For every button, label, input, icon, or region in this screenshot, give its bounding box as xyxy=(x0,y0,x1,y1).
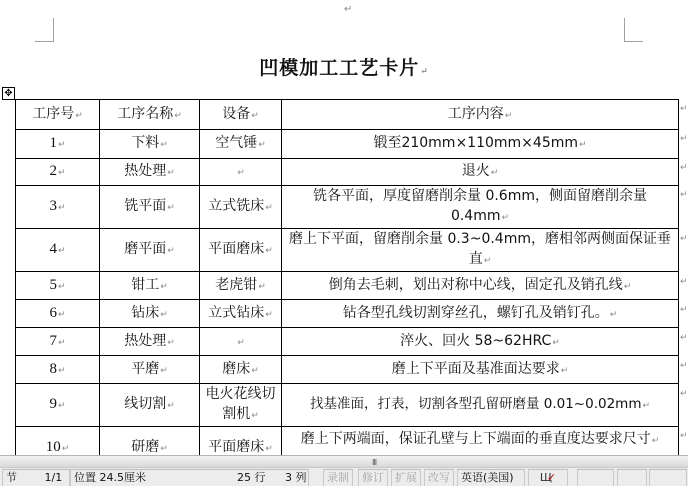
status-empty-panel xyxy=(577,469,614,486)
spellcheck-icon: Щ✓ xyxy=(540,471,556,484)
cell-name[interactable]: 下料↵ xyxy=(100,130,200,159)
table-row: 10↵ 研磨↵ 平面磨床↵ 磨上下两端面，保证孔壁与上下端面的垂直度达要求尺寸↵ xyxy=(16,427,679,456)
table-row: 9↵ 线切割↵ 电火花线切割机↵ 找基准面，打表，切割各型孔留研磨量 0.01~… xyxy=(16,384,679,427)
table-row: 5↵ 钳工↵ 老虎钳↵ 倒角去毛刺，划出对称中心线，固定孔及销孔线↵ xyxy=(16,272,679,300)
paragraph-mark-icon: ↵ xyxy=(344,4,352,15)
cell-equipment[interactable]: ↵ xyxy=(200,159,282,186)
scroll-thumb-grip-icon[interactable]: III xyxy=(372,458,376,467)
cell-no[interactable]: 7↵ xyxy=(16,328,100,356)
cell-name[interactable]: 平磨↵ xyxy=(100,356,200,384)
status-record-button[interactable]: 录制 xyxy=(323,469,353,486)
table-row: 2↵ 热处理↵ ↵ 退火↵ xyxy=(16,159,679,186)
cell-name[interactable]: 磨平面↵ xyxy=(100,229,200,272)
row-end-mark-icon: ↵ xyxy=(680,333,688,343)
cell-name[interactable]: 铣平面↵ xyxy=(100,186,200,229)
header-cell-no[interactable]: 工序号↵ xyxy=(16,100,100,130)
row-end-mark-icon: ↵ xyxy=(680,389,688,399)
cell-name[interactable]: 钻床↵ xyxy=(100,300,200,328)
cell-equipment[interactable]: 平面磨床↵ xyxy=(200,427,282,456)
cell-content[interactable]: 铣各平面，厚度留磨削余量 0.6mm，侧面留磨削余量 0.4mm↵ xyxy=(282,186,679,229)
cell-no[interactable]: 6↵ xyxy=(16,300,100,328)
status-spellcheck-button[interactable]: Щ✓ xyxy=(528,469,568,486)
cell-name[interactable]: 热处理↵ xyxy=(100,328,200,356)
status-overtype-button[interactable]: 改写 xyxy=(424,469,454,486)
table-header-row: 工序号↵ 工序名称↵ 设备↵ 工序内容↵ xyxy=(16,100,679,130)
horizontal-scrollbar[interactable]: III xyxy=(0,455,688,467)
cell-content[interactable]: 淬火、回火 58~62HRC↵ xyxy=(282,328,679,356)
cell-equipment[interactable]: 平面磨床↵ xyxy=(200,229,282,272)
section-label: 节 xyxy=(6,471,17,484)
row-end-mark-icon: ↵ xyxy=(680,305,688,315)
cell-content[interactable]: 倒角去毛刺，划出对称中心线，固定孔及销孔线↵ xyxy=(282,272,679,300)
row-end-mark-icon: ↵ xyxy=(680,134,688,144)
cell-no[interactable]: 8↵ xyxy=(16,356,100,384)
cell-equipment[interactable]: 老虎钳↵ xyxy=(200,272,282,300)
status-empty-panel xyxy=(617,469,647,486)
row-end-mark-icon: ↵ xyxy=(680,104,688,114)
table-row: 7↵ 热处理↵ ↵ 淬火、回火 58~62HRC↵ xyxy=(16,328,679,356)
section-value: 1/1 xyxy=(45,471,63,484)
cell-equipment[interactable]: 空气锤↵ xyxy=(200,130,282,159)
cell-content[interactable]: 磨上下两端面，保证孔壁与上下端面的垂直度达要求尺寸↵ xyxy=(282,427,679,456)
process-card-table[interactable]: 工序号↵ 工序名称↵ 设备↵ 工序内容↵ 1↵ 下料↵ 空气锤↵ 锻至210mm… xyxy=(15,99,679,455)
cell-equipment[interactable]: 立式铣床↵ xyxy=(200,186,282,229)
table-row: 8↵ 平磨↵ 磨床↵ 磨上下平面及基准面达要求↵ xyxy=(16,356,679,384)
status-empty-panel xyxy=(649,469,687,486)
cell-no[interactable]: 2↵ xyxy=(16,159,100,186)
cell-no[interactable]: 1↵ xyxy=(16,130,100,159)
cell-name[interactable]: 热处理↵ xyxy=(100,159,200,186)
cell-content[interactable]: 退火↵ xyxy=(282,159,679,186)
cell-content[interactable]: 钻各型孔线切割穿丝孔，螺钉孔及销钉孔。↵ xyxy=(282,300,679,328)
cell-content[interactable]: 找基准面，打表，切割各型孔留研磨量 0.01~0.02mm↵ xyxy=(282,384,679,427)
header-cell-content[interactable]: 工序内容↵ xyxy=(282,100,679,130)
header-cell-name[interactable]: 工序名称↵ xyxy=(100,100,200,130)
cell-content[interactable]: 磨上下平面，留磨削余量 0.3~0.4mm，磨相邻两侧面保证垂直↵ xyxy=(282,229,679,272)
status-position[interactable]: 位置 24.5厘米 25 行 3 列 xyxy=(70,469,309,486)
row-end-mark-icon: ↵ xyxy=(680,234,688,244)
table-row: 3↵ 铣平面↵ 立式铣床↵ 铣各平面，厚度留磨削余量 0.6mm，侧面留磨削余量… xyxy=(16,186,679,229)
table-row: 1↵ 下料↵ 空气锤↵ 锻至210mm×110mm×45mm↵ xyxy=(16,130,679,159)
table-row: 4↵ 磨平面↵ 平面磨床↵ 磨上下平面，留磨削余量 0.3~0.4mm，磨相邻两… xyxy=(16,229,679,272)
cell-equipment[interactable]: 立式钻床↵ xyxy=(200,300,282,328)
document-title[interactable]: 凹模加工工艺卡片↵ xyxy=(0,53,688,80)
header-cell-equipment[interactable]: 设备↵ xyxy=(200,100,282,130)
line-value: 25 行 xyxy=(237,470,266,486)
row-end-mark-icon: ↵ xyxy=(680,163,688,173)
row-end-mark-icon: ↵ xyxy=(680,431,688,441)
margin-corner-left xyxy=(35,18,54,42)
title-text: 凹模加工工艺卡片 xyxy=(259,57,419,79)
cell-no[interactable]: 4↵ xyxy=(16,229,100,272)
status-bar: 节 1/1 位置 24.5厘米 25 行 3 列 录制 修订 扩展 改写 英语(… xyxy=(0,467,688,486)
status-track-changes-button[interactable]: 修订 xyxy=(358,469,388,486)
row-end-mark-icon: ↵ xyxy=(680,190,688,200)
margin-corner-right xyxy=(624,18,643,42)
cell-name[interactable]: 线切割↵ xyxy=(100,384,200,427)
cell-equipment[interactable]: 电火花线切割机↵ xyxy=(200,384,282,427)
cell-name[interactable]: 研磨↵ xyxy=(100,427,200,456)
paragraph-mark-icon: ↵ xyxy=(420,67,429,77)
status-extend-button[interactable]: 扩展 xyxy=(391,469,421,486)
cell-no[interactable]: 10↵ xyxy=(16,427,100,456)
status-language-button[interactable]: 英语(美国) xyxy=(457,469,525,486)
cell-no[interactable]: 5↵ xyxy=(16,272,100,300)
table-row: 6↵ 钻床↵ 立式钻床↵ 钻各型孔线切割穿丝孔，螺钉孔及销钉孔。↵ xyxy=(16,300,679,328)
document-page[interactable]: ↵ 凹模加工工艺卡片↵ ✥ 工序号↵ 工序名称↵ 设备↵ 工序内容↵ 1↵ 下料… xyxy=(0,0,688,455)
row-end-mark-icon: ↵ xyxy=(680,361,688,371)
cell-content[interactable]: 磨上下平面及基准面达要求↵ xyxy=(282,356,679,384)
cell-name[interactable]: 钳工↵ xyxy=(100,272,200,300)
position-value: 位置 24.5厘米 xyxy=(74,471,146,484)
cell-equipment[interactable]: ↵ xyxy=(200,328,282,356)
cell-equipment[interactable]: 磨床↵ xyxy=(200,356,282,384)
column-value: 3 列 xyxy=(285,470,307,486)
cell-no[interactable]: 3↵ xyxy=(16,186,100,229)
cell-content[interactable]: 锻至210mm×110mm×45mm↵ xyxy=(282,130,679,159)
status-section[interactable]: 节 1/1 xyxy=(2,469,70,486)
row-end-mark-icon: ↵ xyxy=(680,277,688,287)
table-move-handle-icon[interactable]: ✥ xyxy=(2,87,15,100)
cell-no[interactable]: 9↵ xyxy=(16,384,100,427)
